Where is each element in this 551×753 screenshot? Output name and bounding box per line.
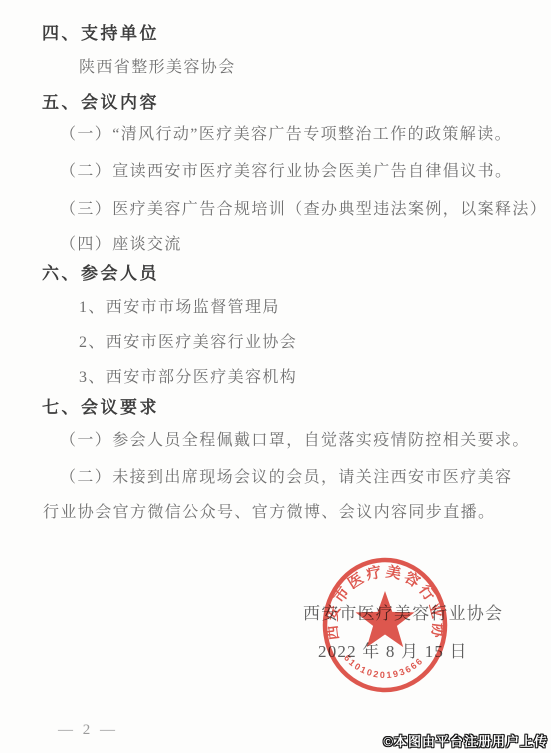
seal-ring [325,560,445,690]
official-seal-stamp: 西安市医疗美容行业协会 6101020193666 [300,532,470,717]
signature-org: 西安市医疗美容行业协会 [303,599,503,624]
section7-item1: （一）参会人员全程佩戴口罩，自觉落实疫情防控相关要求。 [60,427,530,450]
seal-org-name: 西安市医疗美容行业协会 [300,532,447,642]
section5-item4: （四）座谈交流 [60,231,182,254]
section5-item1: （一）“清风行动”医疗美容广告专项整治工作的政策解读。 [60,121,512,144]
section5-item2: （二）宣读西安市医疗美容行业协会医美广告自律倡议书。 [60,158,512,181]
section4-item: 陕西省整形美容协会 [79,54,236,77]
section7-item2-line1: （二）未接到出席现场会议的会员，请关注西安市医疗美容 [60,464,512,487]
section5-heading: 五、会议内容 [42,88,159,113]
page-number: — 2 — [58,722,118,739]
section7-item2-line2: 行业协会官方微信公众号、官方微博、会议内容同步直播。 [43,499,495,522]
section6-heading: 六、参会人员 [42,259,159,284]
section4-heading: 四、支持单位 [42,19,159,44]
section6-item2: 2、西安市医疗美容行业协会 [79,329,297,352]
scanned-document-page: 四、支持单位 陕西省整形美容协会 五、会议内容 （一）“清风行动”医疗美容广告专… [0,0,551,753]
section5-item3: （三）医疗美容广告合规培训（查办典型违法案例，以案释法） [60,196,547,219]
platform-upload-watermark: ©本图由平台注册用户上传 [383,731,548,750]
signature-date: 2022 年 8 月 15 日 [318,637,468,662]
section7-heading: 七、会议要求 [42,393,159,418]
section6-item1: 1、西安市市场监督管理局 [79,294,280,317]
section6-item3: 3、西安市部分医疗美容机构 [79,364,297,387]
